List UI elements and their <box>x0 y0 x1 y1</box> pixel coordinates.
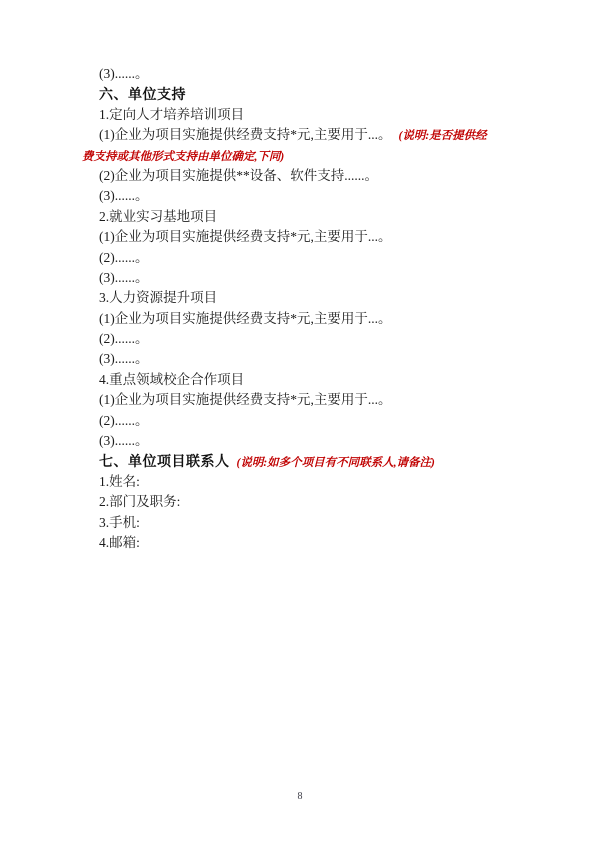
doc-line: (1)企业为项目实施提供经费支持*元,主要用于...。 <box>82 227 552 247</box>
doc-line: 3.人力资源提升项目 <box>82 288 552 308</box>
section-heading-line: 六、单位支持 <box>82 84 552 104</box>
line-text: (3)......。 <box>99 66 149 81</box>
line-text: (1)企业为项目实施提供经费支持*元,主要用于...。 <box>99 229 392 244</box>
line-text: (1)企业为项目实施提供经费支持*元,主要用于...。 <box>99 127 392 142</box>
doc-line: (2)企业为项目实施提供**设备、软件支持......。 <box>82 166 552 186</box>
section-heading-text: 六、单位支持 <box>99 86 186 102</box>
doc-line: 1.定向人才培养培训项目 <box>82 105 552 125</box>
page-footer: 8 <box>0 786 600 804</box>
page-number: 8 <box>298 791 303 802</box>
doc-line: 4.重点领域校企合作项目 <box>82 370 552 390</box>
doc-line: (3)......。 <box>82 64 552 84</box>
line-text: 2.部门及职务: <box>99 494 180 509</box>
doc-line: (3)......。 <box>82 186 552 206</box>
line-text: (3)......。 <box>99 351 149 366</box>
line-text: 4.邮箱: <box>99 535 140 550</box>
doc-line: (1)企业为项目实施提供经费支持*元,主要用于...。(说明:是否提供经 <box>82 125 552 145</box>
doc-line: (3)......。 <box>82 431 552 451</box>
document-body: (3)......。六、单位支持1.定向人才培养培训项目(1)企业为项目实施提供… <box>82 64 552 553</box>
doc-line: (2)......。 <box>82 411 552 431</box>
doc-line: 4.邮箱: <box>82 533 552 553</box>
doc-line: (2)......。 <box>82 329 552 349</box>
line-text: 3.人力资源提升项目 <box>99 290 217 305</box>
line-text: 4.重点领域校企合作项目 <box>99 372 244 387</box>
line-text: (1)企业为项目实施提供经费支持*元,主要用于...。 <box>99 392 392 407</box>
line-text: (1)企业为项目实施提供经费支持*元,主要用于...。 <box>99 311 392 326</box>
document-page: (3)......。六、单位支持1.定向人才培养培训项目(1)企业为项目实施提供… <box>0 0 600 854</box>
note-continuation-line: 费支持或其他形式支持由单位确定,下同) <box>82 146 552 166</box>
line-text: (2)......。 <box>99 413 149 428</box>
doc-line: 2.部门及职务: <box>82 492 552 512</box>
doc-line: (2)......。 <box>82 248 552 268</box>
line-text: (2)......。 <box>99 331 149 346</box>
line-text: 1.定向人才培养培训项目 <box>99 107 244 122</box>
inline-note-text: (说明:是否提供经 <box>399 130 487 142</box>
line-text: (2)......。 <box>99 250 149 265</box>
line-text: 3.手机: <box>99 515 140 530</box>
doc-line: (1)企业为项目实施提供经费支持*元,主要用于...。 <box>82 309 552 329</box>
note-text: 费支持或其他形式支持由单位确定,下同) <box>82 151 284 163</box>
doc-line: 1.姓名: <box>82 472 552 492</box>
line-text: 1.姓名: <box>99 474 140 489</box>
line-text: (3)......。 <box>99 433 149 448</box>
doc-line: (3)......。 <box>82 349 552 369</box>
section-heading-line: 七、单位项目联系人(说明:如多个项目有不同联系人,请备注) <box>82 451 552 471</box>
doc-line: (1)企业为项目实施提供经费支持*元,主要用于...。 <box>82 390 552 410</box>
line-text: (3)......。 <box>99 270 149 285</box>
line-text: (3)......。 <box>99 188 149 203</box>
doc-line: 3.手机: <box>82 513 552 533</box>
inline-note-text: (说明:如多个项目有不同联系人,请备注) <box>237 457 435 469</box>
line-text: 2.就业实习基地项目 <box>99 209 217 224</box>
doc-line: (3)......。 <box>82 268 552 288</box>
doc-line: 2.就业实习基地项目 <box>82 207 552 227</box>
section-heading-text: 七、单位项目联系人 <box>99 453 230 469</box>
line-text: (2)企业为项目实施提供**设备、软件支持......。 <box>99 168 378 183</box>
